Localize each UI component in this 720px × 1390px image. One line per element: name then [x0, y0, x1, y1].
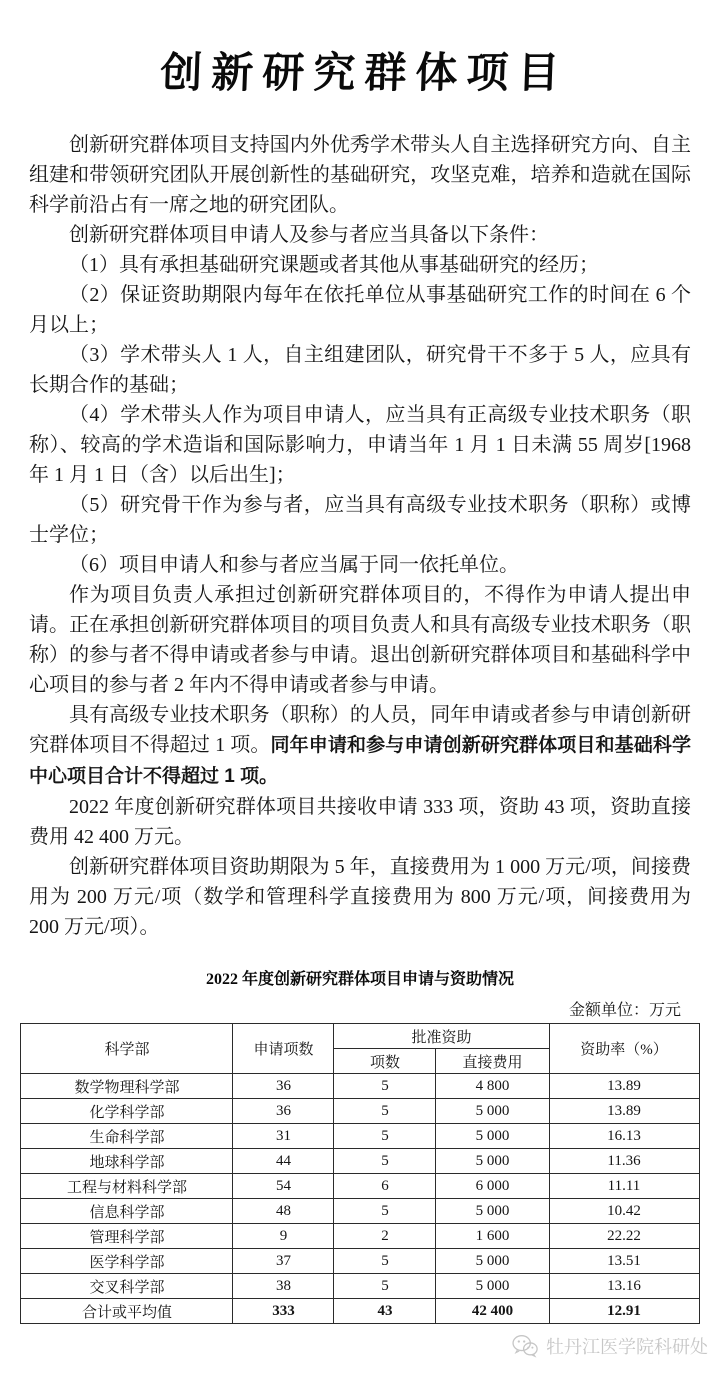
- condition-1: （1）具有承担基础研究课题或者其他从事基础研究的经历；: [29, 250, 691, 280]
- paragraph-conditions-intro: 创新研究群体项目申请人及参与者应当具备以下条件：: [29, 220, 691, 250]
- table-title: 2022 年度创新研究群体项目申请与资助情况: [0, 966, 720, 989]
- col-header-approved-group: 批准资助: [334, 1024, 549, 1049]
- paragraph-funding-terms: 创新研究群体项目资助期限为 5 年，直接费用为 1 000 万元/项，间接费用为…: [29, 852, 691, 942]
- table-row: 生命科学部 31 5 5 000 16.13: [21, 1124, 699, 1149]
- condition-3: （3）学术带头人 1 人，自主组建团队，研究骨干不多于 5 人，应具有长期合作的…: [29, 340, 691, 400]
- funding-table: 科学部 申请项数 批准资助 资助率（%） 项数 直接费用 数学物理科学部 36 …: [20, 1023, 699, 1324]
- table-row: 医学科学部 37 5 5 000 13.51: [21, 1249, 699, 1274]
- document-page: 创新研究群体项目 创新研究群体项目支持国内外优秀学术带头人自主选择研究方向、自主…: [0, 0, 720, 1390]
- col-header-rate: 资助率（%）: [549, 1024, 699, 1074]
- table-row: 化学科学部 36 5 5 000 13.89: [21, 1099, 699, 1124]
- condition-4: （4）学术带头人作为项目申请人，应当具有正高级专业技术职务（职称）、较高的学术造…: [29, 400, 691, 490]
- col-header-approved-count: 项数: [334, 1049, 436, 1074]
- table-unit-note: 金额单位：万元: [21, 997, 699, 1020]
- table-row: 工程与材料科学部 54 6 6 000 11.11: [21, 1174, 699, 1199]
- table-row: 数学物理科学部 36 5 4 800 13.89: [21, 1074, 699, 1099]
- watermark-source-label: 牡丹江医学院科研处: [546, 1333, 708, 1359]
- paragraph-restrictions: 作为项目负责人承担过创新研究群体项目的，不得作为申请人提出申请。正在承担创新研究…: [29, 580, 691, 700]
- body-text: 创新研究群体项目支持国内外优秀学术带头人自主选择研究方向、自主组建和带领研究团队…: [29, 130, 691, 942]
- wechat-logo-icon: [511, 1333, 539, 1359]
- paragraph-limit: 具有高级专业技术职务（职称）的人员，同年申请或者参与申请创新研究群体项目不得超过…: [29, 700, 691, 792]
- col-header-applications: 申请项数: [233, 1024, 334, 1074]
- page-title: 创新研究群体项目: [0, 40, 720, 100]
- funding-table-header: 科学部 申请项数 批准资助 资助率（%） 项数 直接费用: [21, 1024, 699, 1074]
- col-header-direct-cost: 直接费用: [436, 1049, 549, 1074]
- table-row: 管理科学部 9 2 1 600 22.22: [21, 1224, 699, 1249]
- table-row: 地球科学部 44 5 5 000 11.36: [21, 1149, 699, 1174]
- col-header-dept: 科学部: [21, 1024, 233, 1074]
- paragraph-2022-stats: 2022 年度创新研究群体项目共接收申请 333 项，资助 43 项，资助直接费…: [29, 792, 691, 852]
- condition-5: （5）研究骨干作为参与者，应当具有高级专业技术职务（职称）或博士学位；: [29, 490, 691, 550]
- condition-6: （6）项目申请人和参与者应当属于同一依托单位。: [29, 550, 691, 580]
- table-row: 交叉科学部 38 5 5 000 13.16: [21, 1274, 699, 1299]
- paragraph-intro: 创新研究群体项目支持国内外优秀学术带头人自主选择研究方向、自主组建和带领研究团队…: [29, 130, 691, 220]
- watermark-footer: 牡丹江医学院科研处: [511, 1333, 708, 1359]
- table-row: 信息科学部 48 5 5 000 10.42: [21, 1199, 699, 1224]
- table-total-row: 合计或平均值 333 43 42 400 12.91: [21, 1299, 699, 1324]
- condition-2: （2）保证资助期限内每年在依托单位从事基础研究工作的时间在 6 个月以上；: [29, 280, 691, 340]
